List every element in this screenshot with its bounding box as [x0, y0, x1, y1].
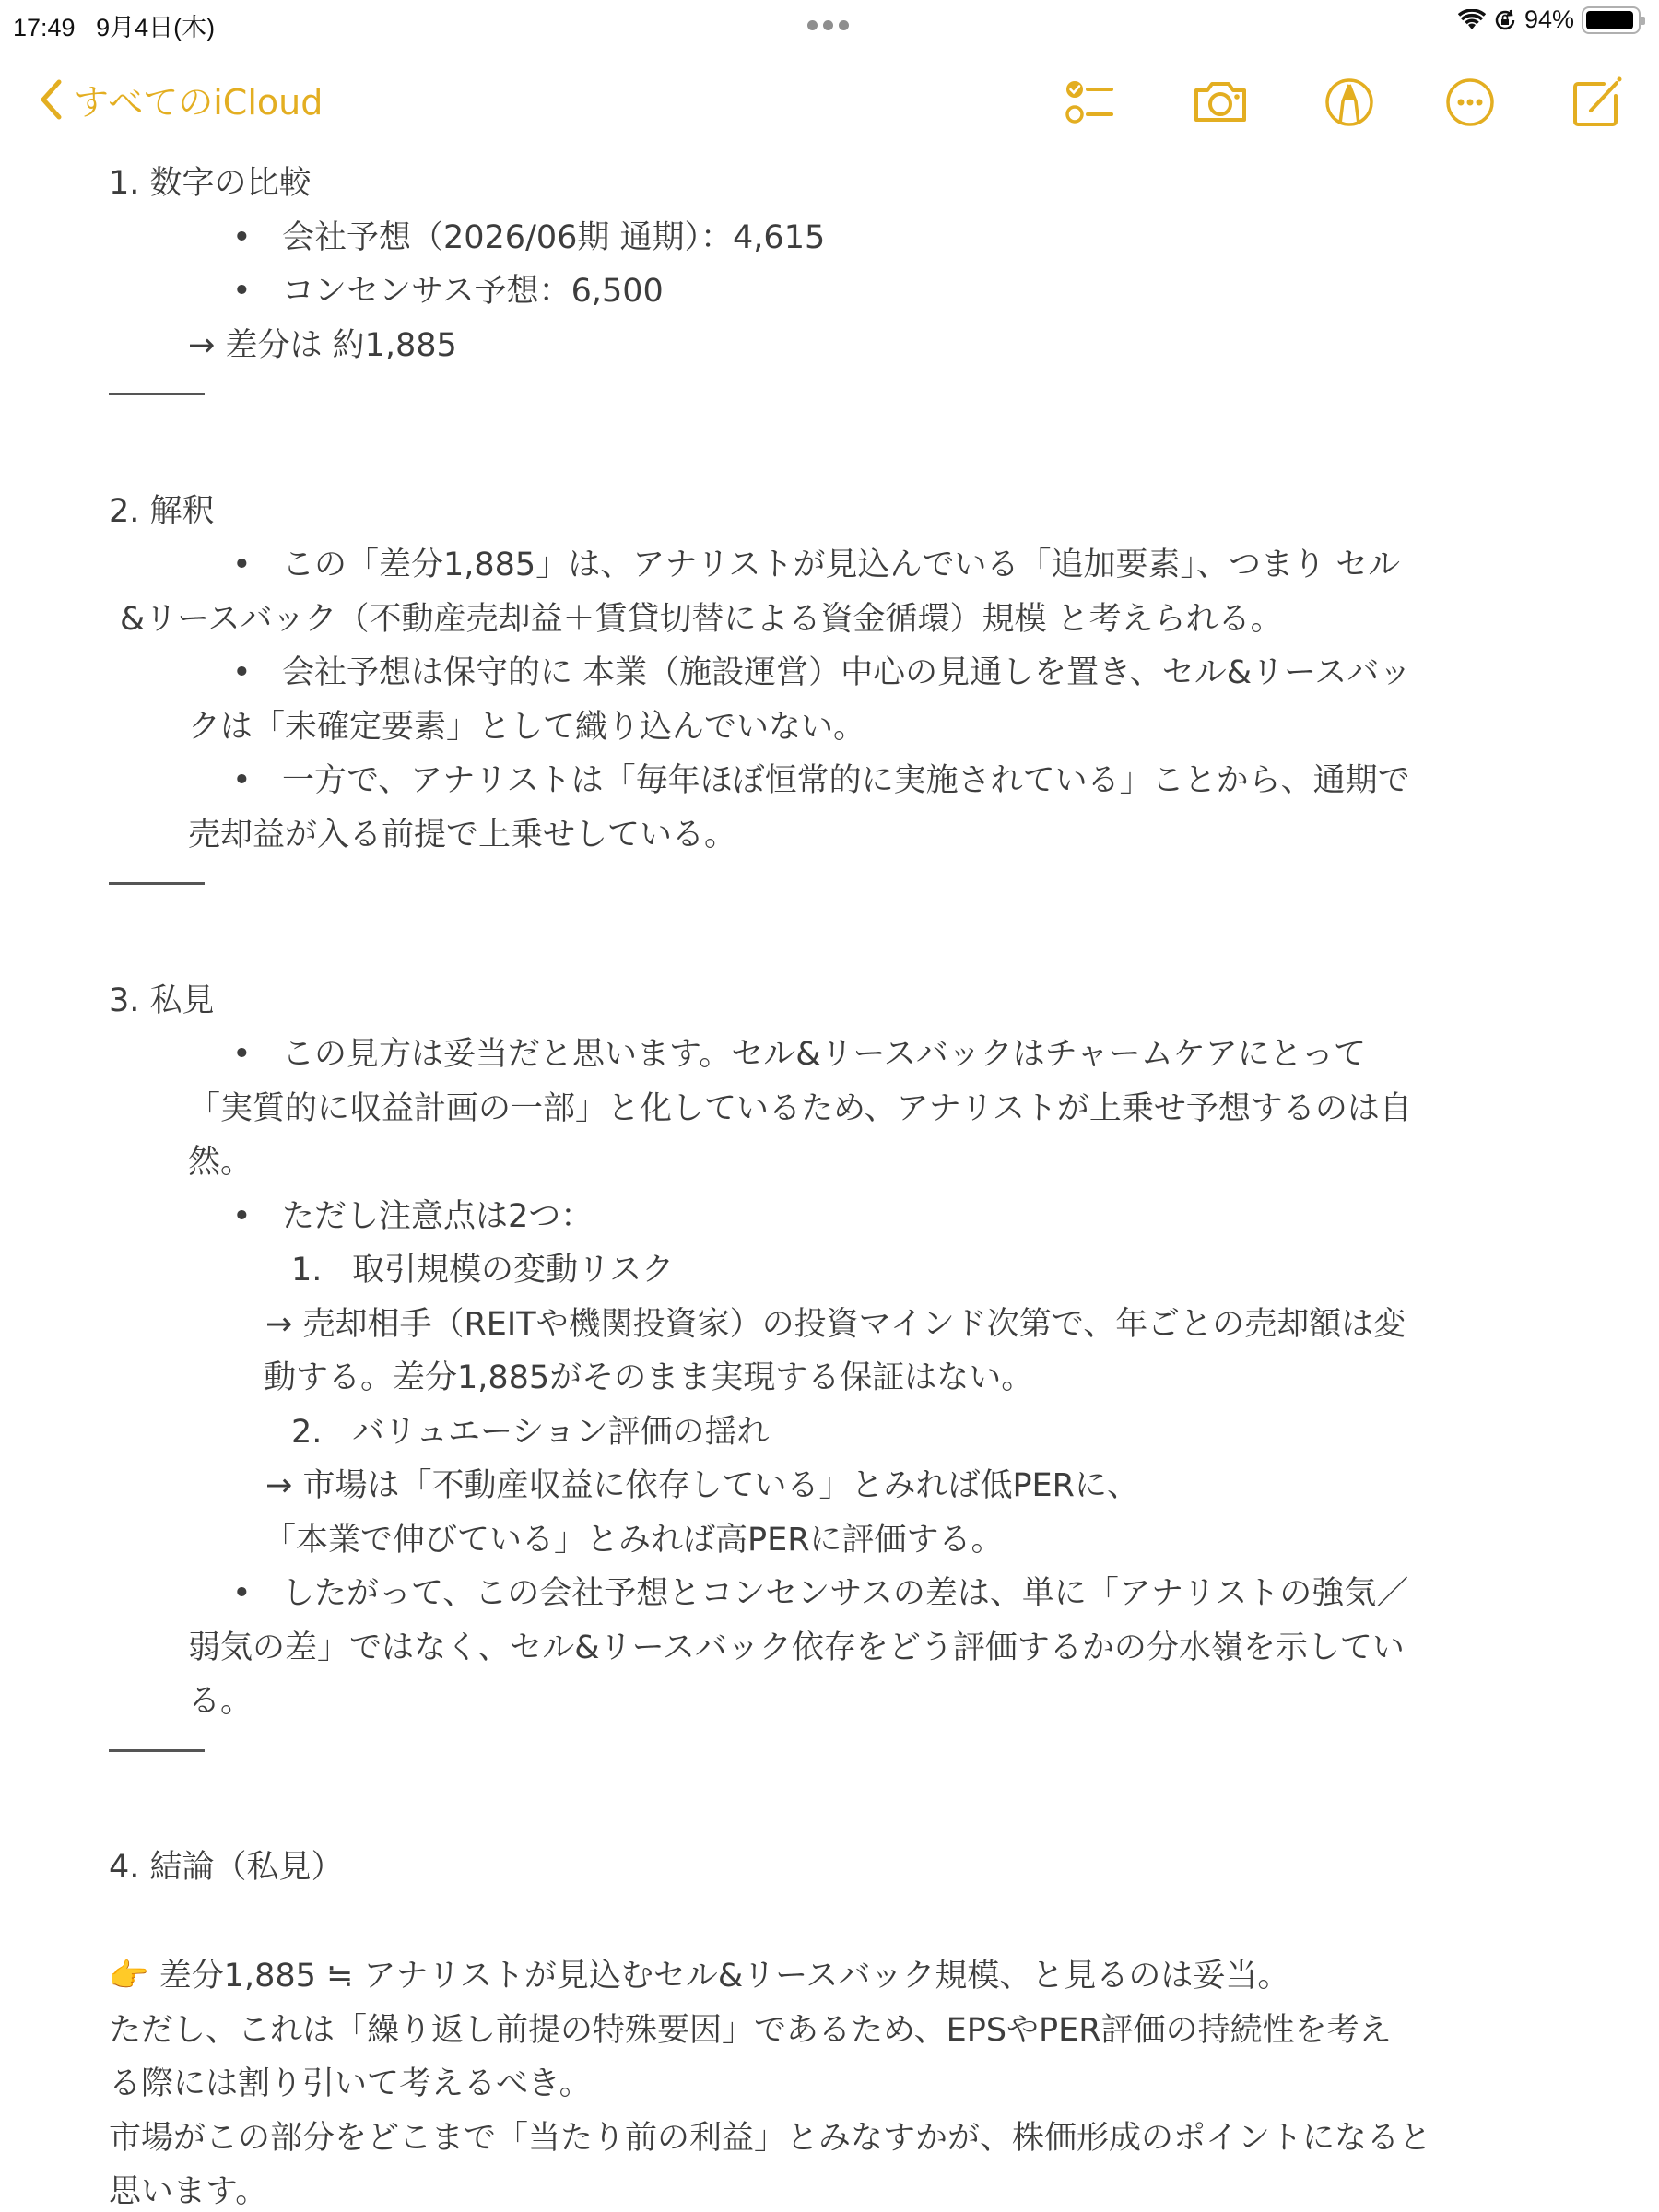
camera-icon	[1191, 72, 1250, 131]
bullet-icon: •	[232, 754, 252, 808]
wifi-icon	[1458, 9, 1486, 31]
bullet-continuation: 弱気の差」ではなく、セル&リースバック依存をどう評価するかの分水嶺を示してい	[109, 1621, 1565, 1676]
arrow-continuation: 「本業で伸びている」とみれば高PERに評価する。	[109, 1513, 1565, 1568]
markup-button[interactable]	[1320, 72, 1379, 131]
bullet-icon: •	[232, 538, 252, 593]
bullet-item: •したがって、この会社予想とコンセンサスの差は、単に「アナリストの強気／	[109, 1567, 1565, 1621]
arrow-line: → 市場は「不動産収益に依存している」とみれば低PERに、	[109, 1459, 1565, 1513]
status-time: 17:49 9月4日(木)	[13, 7, 215, 43]
bullet-item: •ただし注意点は2つ：	[109, 1190, 1565, 1244]
conclusion-line: 市場がこの部分をどこまで「当たり前の利益」とみなすかが、株価形成のポイントになる…	[109, 2112, 1565, 2166]
bullet-icon: •	[232, 1190, 252, 1244]
conclusion-line: 思います。	[109, 2165, 1565, 2212]
orientation-lock-icon	[1493, 8, 1517, 32]
status-bar: 17:49 9月4日(木) 94%	[0, 0, 1659, 46]
checklist-icon	[1062, 72, 1121, 131]
section-heading: 1. 数字の比較	[109, 157, 1565, 211]
status-indicators: 94%	[1458, 6, 1641, 34]
pointing-hand-icon: 👉	[109, 1958, 149, 1994]
bullet-continuation: 売却益が入る前提で上乗せしている。	[109, 808, 1565, 863]
multitasking-dots-icon[interactable]	[807, 20, 849, 30]
arrow-line: → 差分は 約1,885	[109, 319, 1565, 373]
camera-button[interactable]	[1191, 72, 1250, 131]
more-icon	[1441, 72, 1500, 131]
markup-icon	[1320, 72, 1379, 131]
conclusion-line: 👉 差分1,885 ≒ アナリストが見込むセル&リースバック規模、と見るのは妥当…	[109, 1949, 1565, 2004]
bullet-item: •コンセンサス予想：6,500	[109, 265, 1565, 319]
arrow-continuation: 動する。差分1,885がそのまま実現する保証はない。	[109, 1351, 1565, 1406]
bullet-item: •会社予想は保守的に 本業（施設運営）中心の見通しを置き、セル&リースバッ	[109, 646, 1565, 700]
more-button[interactable]	[1441, 72, 1500, 131]
bullet-item: •この「差分1,885」は、アナリストが見込んでいる「追加要素」、つまり セル	[109, 538, 1565, 593]
numbered-subitem: 1.取引規模の変動リスク	[109, 1243, 1565, 1298]
bullet-icon: •	[232, 1567, 252, 1621]
numbered-subitem: 2.バリュエーション評価の揺れ	[109, 1406, 1565, 1460]
bullet-item: •この見方は妥当だと思います。セル&リースバックはチャームケアにとって	[109, 1028, 1565, 1082]
clock: 17:49	[13, 14, 76, 41]
battery-percent: 94%	[1524, 6, 1574, 34]
back-label: すべてのiCloud	[74, 74, 323, 124]
conclusion-line: る際には割り引いて考えるべき。	[109, 2057, 1565, 2112]
bullet-item: •一方で、アナリストは「毎年ほぼ恒常的に実施されている」ことから、通期で	[109, 754, 1565, 808]
battery-icon	[1582, 6, 1641, 34]
bullet-continuation: 然。	[109, 1135, 1565, 1190]
section-heading: 3. 私見	[109, 974, 1565, 1029]
bullet-item: •会社予想（2026/06期 通期）：4,615	[109, 211, 1565, 265]
bullet-continuation: クは「未確定要素」として織り込んでいない。	[109, 700, 1565, 755]
bullet-continuation: &リースバック（不動産売却益＋賃貸切替による資金循環）規模 と考えられる。	[109, 593, 1565, 647]
bullet-icon: •	[232, 211, 252, 265]
arrow-line: → 売却相手（REITや機関投資家）の投資マインド次第で、年ごとの売却額は変	[109, 1298, 1565, 1352]
chevron-left-icon	[39, 79, 63, 120]
compose-icon	[1567, 72, 1626, 131]
notes-toolbar: すべてのiCloud	[0, 55, 1659, 138]
bullet-icon: •	[232, 646, 252, 700]
back-button[interactable]: すべてのiCloud	[39, 74, 323, 124]
bullet-continuation: る。	[109, 1675, 1565, 1729]
note-body[interactable]: 1. 数字の比較 •会社予想（2026/06期 通期）：4,615 •コンセンサ…	[109, 157, 1565, 2212]
bullet-icon: •	[232, 1028, 252, 1082]
compose-button[interactable]	[1567, 72, 1626, 131]
bullet-continuation: 「実質的に収益計画の一部」と化しているため、アナリストが上乗せ予想するのは自	[109, 1082, 1565, 1136]
section-heading: 2. 解釈	[109, 485, 1565, 539]
bullet-icon: •	[232, 265, 252, 319]
section-heading: 4. 結論（私見）	[109, 1841, 1565, 1895]
conclusion-line: ただし、これは「繰り返し前提の特殊要因」であるため、EPSやPER評価の持続性を…	[109, 2004, 1565, 2058]
date: 9月4日(木)	[96, 14, 215, 41]
checklist-button[interactable]	[1062, 72, 1121, 131]
